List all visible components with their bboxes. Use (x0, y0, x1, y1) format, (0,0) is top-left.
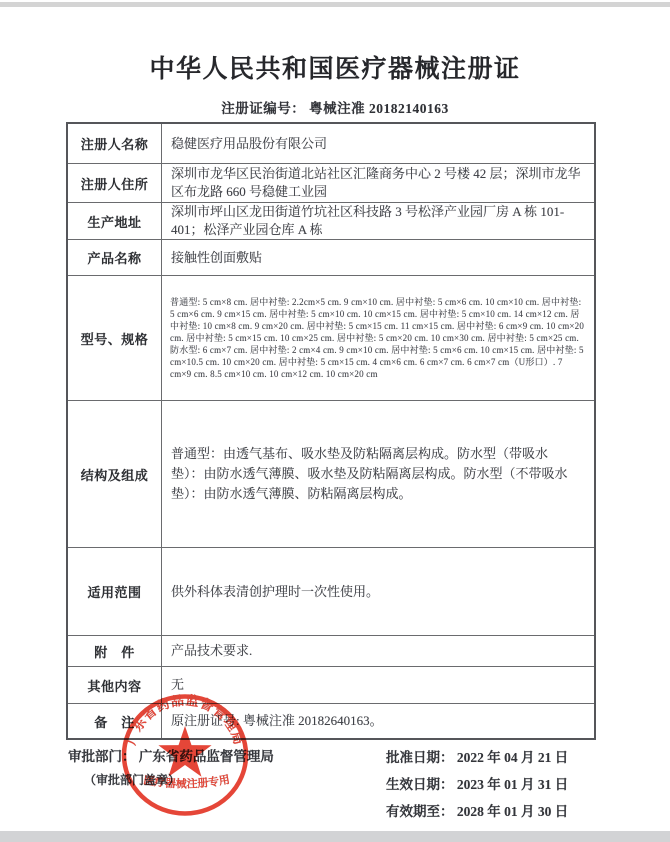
table-row: 生产地址 深圳市坪山区龙田街道竹坑社区科技路 3 号松泽产业园厂房 A 栋 10… (68, 202, 594, 239)
table-row: 注册人住所 深圳市龙华区民治街道北站社区汇隆商务中心 2 号楼 42 层；深圳市… (68, 163, 594, 202)
row-label: 结构及组成 (68, 401, 162, 547)
certificate-page: 中华人民共和国医疗器械注册证 注册证编号： 粤械注准 20182140163 注… (0, 0, 670, 842)
row-label: 附 件 (68, 636, 162, 666)
table-row: 产品名称 接触性创面敷贴 (68, 239, 594, 275)
table-row: 注册人名称 稳健医疗用品股份有限公司 (68, 124, 594, 163)
table-row: 备 注 原注册证号: 粤械注准 20182640163。 (68, 703, 594, 738)
row-value: 稳健医疗用品股份有限公司 (162, 124, 594, 163)
scan-edge-bottom (0, 831, 670, 842)
row-label: 产品名称 (68, 240, 162, 275)
approval-department: 审批部门： 广东省药品监督管理局 (68, 745, 274, 765)
page-title: 中华人民共和国医疗器械注册证 (0, 49, 670, 85)
table-row: 结构及组成 普通型：由透气基布、吸水垫及防粘隔离层构成。防水型（带吸水垫）：由防… (68, 400, 594, 547)
approval-date: 批准日期： 2022 年 04 月 21 日 (386, 744, 568, 771)
row-label: 注册人住所 (68, 164, 162, 202)
row-value: 接触性创面敷贴 (162, 240, 594, 275)
table-row: 附 件 产品技术要求. (68, 635, 594, 666)
row-value: 产品技术要求. (162, 636, 594, 666)
registration-number: 注册证编号： 粤械注准 20182140163 (0, 97, 670, 117)
row-value: 深圳市龙华区民治街道北站社区汇隆商务中心 2 号楼 42 层；深圳市龙华区布龙路… (162, 164, 594, 202)
row-label: 其他内容 (68, 667, 162, 703)
date-block: 批准日期： 2022 年 04 月 21 日 生效日期： 2023 年 01 月… (386, 744, 568, 825)
row-value: 深圳市坪山区龙田街道竹坑社区科技路 3 号松泽产业园厂房 A 栋 101-401… (162, 203, 594, 239)
row-label: 注册人名称 (68, 124, 162, 163)
row-value: 供外科体表清创护理时一次性使用。 (162, 548, 594, 635)
certificate-table: 注册人名称 稳健医疗用品股份有限公司 注册人住所 深圳市龙华区民治街道北站社区汇… (66, 122, 596, 740)
seal-note: （审批部门盖章） (84, 771, 180, 788)
row-value: 普通型: 5 cm×8 cm. 居中衬垫: 2.2cm×5 cm. 9 cm×1… (162, 276, 594, 400)
row-value: 无 (162, 667, 594, 703)
table-row: 其他内容 无 (68, 666, 594, 703)
table-row: 适用范围 供外科体表清创护理时一次性使用。 (68, 547, 594, 635)
row-label: 型号、规格 (68, 276, 162, 400)
table-row: 型号、规格 普通型: 5 cm×8 cm. 居中衬垫: 2.2cm×5 cm. … (68, 275, 594, 400)
row-label: 生产地址 (68, 203, 162, 239)
scan-edge-top (0, 2, 670, 7)
row-label: 适用范围 (68, 548, 162, 635)
row-value: 普通型：由透气基布、吸水垫及防粘隔离层构成。防水型（带吸水垫）：由防水透气薄膜、… (162, 401, 594, 547)
row-label: 备 注 (68, 704, 162, 738)
row-value: 原注册证号: 粤械注准 20182640163。 (162, 704, 594, 738)
expiry-date: 有效期至： 2028 年 01 月 30 日 (386, 798, 568, 825)
effective-date: 生效日期： 2023 年 01 月 31 日 (386, 771, 568, 798)
